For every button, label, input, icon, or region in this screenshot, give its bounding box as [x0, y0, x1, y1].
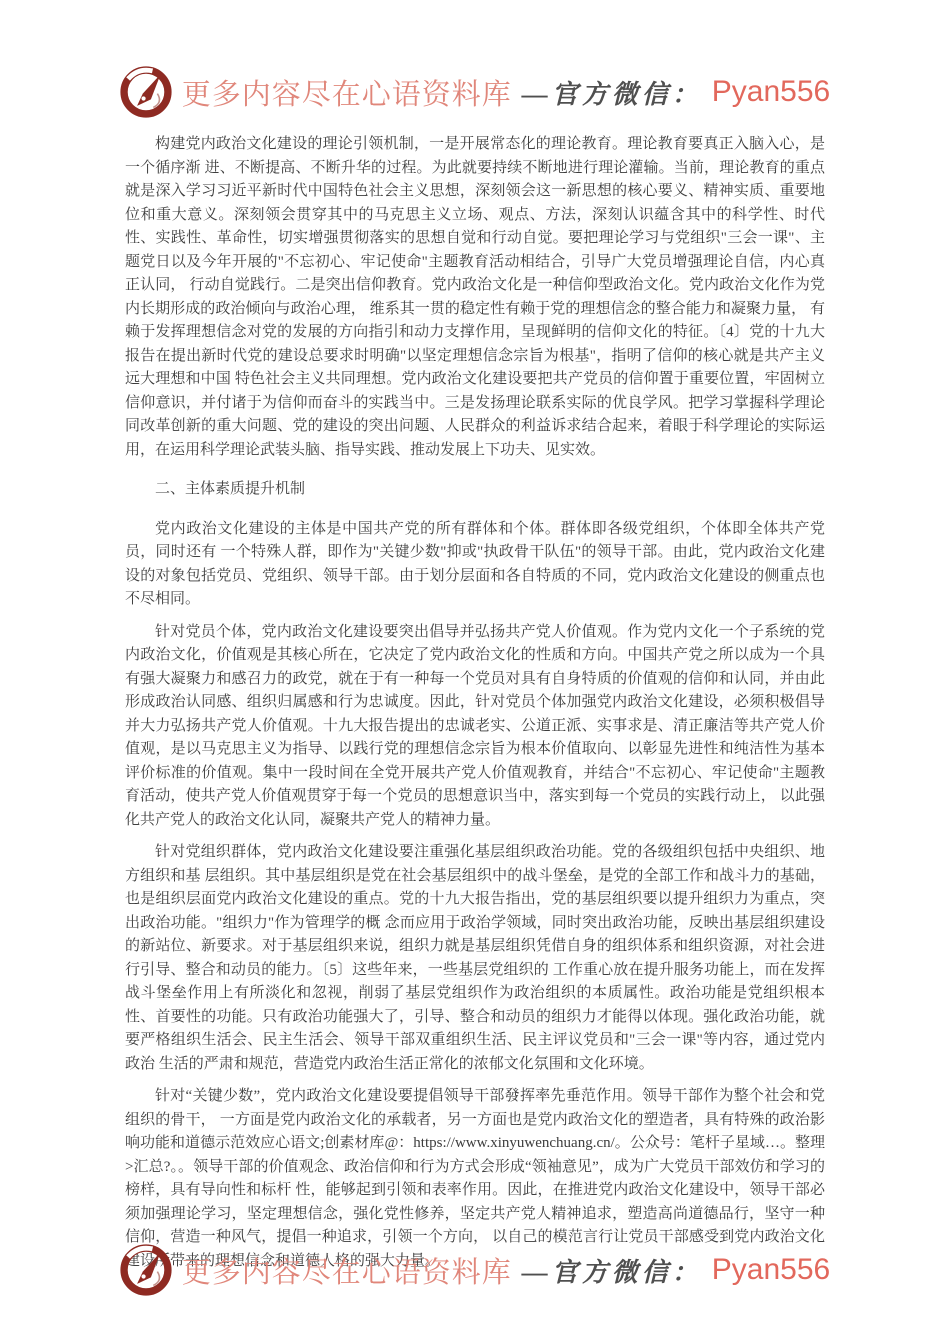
pen-circle-logo-icon: [120, 66, 172, 118]
paragraph-subjects-overview: 党内政治文化建设的主体是中国共产党的所有群体和个体。群体即各级党组织，个体即全体…: [125, 518, 825, 612]
document-body: 构建党内政治文化建设的理论引领机制，一是开展常态化的理论教育。理论教育要真正入脑…: [125, 133, 825, 1273]
watermark-text: 更多内容尽在心语资料库: [182, 1250, 512, 1291]
document-page: 更多内容尽在心语资料库 —官方微信： Pyan556 构建党内政治文化建设的理论…: [0, 0, 950, 1344]
watermark-wechat-id: Pyan556: [712, 1253, 830, 1287]
watermark-wechat-label: —官方微信：: [522, 1252, 702, 1289]
watermark-wechat-id: Pyan556: [712, 75, 830, 109]
watermark-wechat-label: —官方微信：: [522, 74, 702, 111]
footer-watermark: 更多内容尽在心语资料库 —官方微信： Pyan556: [0, 1244, 950, 1296]
paragraph-party-organizations: 针对党组织群体，党内政治文化建设要注重强化基层组织政治功能。党的各级组织包括中央…: [125, 841, 825, 1076]
section-heading: 二、主体素质提升机制: [125, 478, 825, 502]
header-watermark: 更多内容尽在心语资料库 —官方微信： Pyan556: [0, 0, 950, 118]
paragraph-individual-members: 针对党员个体，党内政治文化建设要突出倡导并弘扬共产党人价值观。作为党内文化一个子…: [125, 621, 825, 833]
pen-circle-logo-icon: [120, 1244, 172, 1296]
watermark-text: 更多内容尽在心语资料库: [182, 72, 512, 113]
paragraph-theory-guidance: 构建党内政治文化建设的理论引领机制，一是开展常态化的理论教育。理论教育要真正入脑…: [125, 133, 825, 462]
